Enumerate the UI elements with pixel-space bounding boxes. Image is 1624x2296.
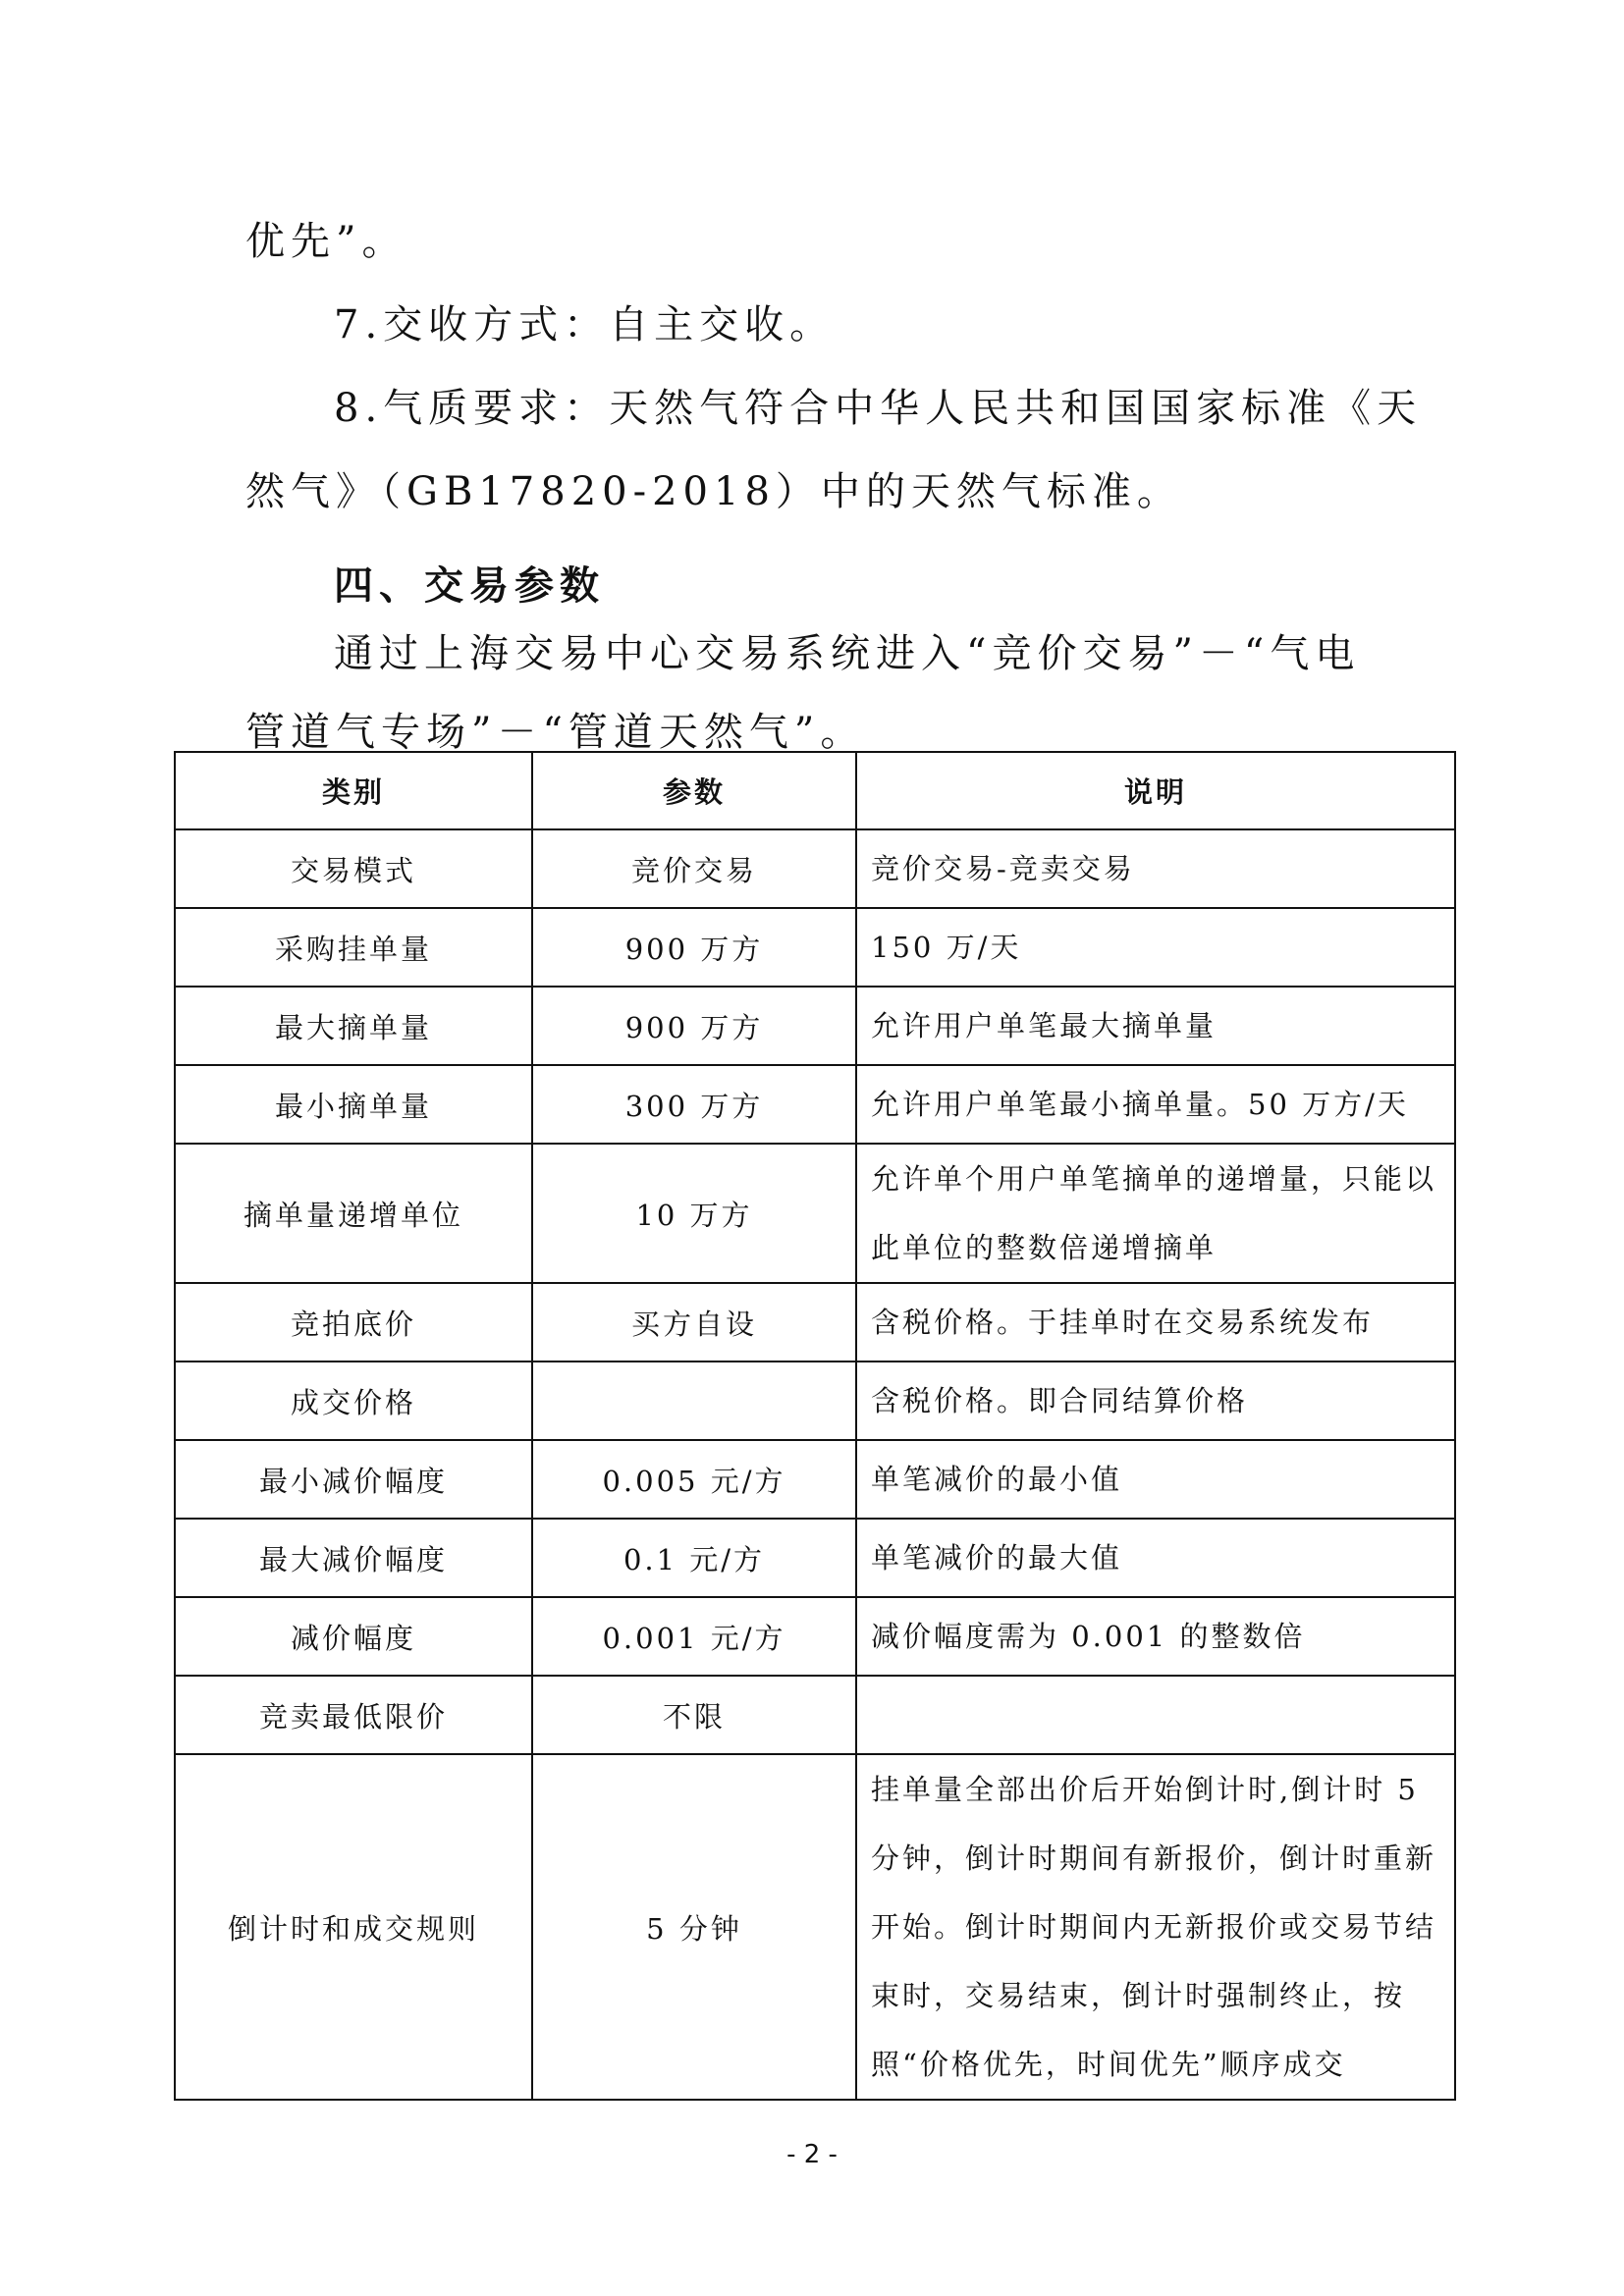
table-row: 竞拍底价 买方自设 含税价格。于挂单时在交易系统发布 <box>175 1283 1455 1362</box>
cell-param: 竞价交易 <box>532 829 856 908</box>
cell-desc: 允许单个用户单笔摘单的递增量，只能以此单位的整数倍递增摘单 <box>856 1144 1455 1283</box>
cell-desc: 竞价交易-竞卖交易 <box>856 829 1455 908</box>
cell-param: 0.1 元/方 <box>532 1519 856 1597</box>
table-row: 最小摘单量 300 万方 允许用户单笔最小摘单量。50 万方/天 <box>175 1065 1455 1144</box>
table-row: 竞卖最低限价 不限 <box>175 1676 1455 1754</box>
parameters-table: 类别 参数 说明 交易模式 竞价交易 竞价交易-竞卖交易 采购挂单量 900 万… <box>174 751 1456 2101</box>
document-page: 优先”。 7.交收方式：自主交收。 8.气质要求：天然气符合中华人民共和国国家标… <box>0 0 1624 2296</box>
cell-category: 最大摘单量 <box>175 987 532 1065</box>
cell-category: 交易模式 <box>175 829 532 908</box>
table-header-row: 类别 参数 说明 <box>175 752 1455 829</box>
cell-category: 减价幅度 <box>175 1597 532 1676</box>
cell-desc: 含税价格。即合同结算价格 <box>856 1362 1455 1440</box>
header-category: 类别 <box>175 752 532 829</box>
cell-param: 300 万方 <box>532 1065 856 1144</box>
cell-desc <box>856 1676 1455 1754</box>
cell-param: 买方自设 <box>532 1283 856 1362</box>
table-row: 最大减价幅度 0.1 元/方 单笔减价的最大值 <box>175 1519 1455 1597</box>
cell-category: 最大减价幅度 <box>175 1519 532 1597</box>
cell-category: 倒计时和成交规则 <box>175 1754 532 2100</box>
cell-category: 采购挂单量 <box>175 908 532 987</box>
cell-category: 成交价格 <box>175 1362 532 1440</box>
cell-desc: 减价幅度需为 0.001 的整数倍 <box>856 1597 1455 1676</box>
paragraph-delivery-method: 7.交收方式：自主交收。 <box>334 280 1542 370</box>
cell-param: 不限 <box>532 1676 856 1754</box>
table-row: 最小减价幅度 0.005 元/方 单笔减价的最小值 <box>175 1440 1455 1519</box>
cell-desc: 单笔减价的最大值 <box>856 1519 1455 1597</box>
cell-param: 0.005 元/方 <box>532 1440 856 1519</box>
cell-desc: 允许用户单笔最小摘单量。50 万方/天 <box>856 1065 1455 1144</box>
cell-desc: 挂单量全部出价后开始倒计时,倒计时 5 分钟，倒计时期间有新报价，倒计时重新开始… <box>856 1754 1455 2100</box>
table-row: 成交价格 含税价格。即合同结算价格 <box>175 1362 1455 1440</box>
paragraph-gas-quality-line2: 然气》（GB17820-2018）中的天然气标准。 <box>245 447 1453 537</box>
page-number: - 2 - <box>0 2140 1624 2169</box>
cell-desc: 单笔减价的最小值 <box>856 1440 1455 1519</box>
section-heading: 四、交易参数 <box>334 555 605 611</box>
table-row: 交易模式 竞价交易 竞价交易-竞卖交易 <box>175 829 1455 908</box>
table-row: 减价幅度 0.001 元/方 减价幅度需为 0.001 的整数倍 <box>175 1597 1455 1676</box>
table-row: 倒计时和成交规则 5 分钟 挂单量全部出价后开始倒计时,倒计时 5 分钟，倒计时… <box>175 1754 1455 2100</box>
table-row: 采购挂单量 900 万方 150 万/天 <box>175 908 1455 987</box>
paragraph-continuation: 优先”。 <box>245 196 1453 287</box>
header-description: 说明 <box>856 752 1455 829</box>
cell-category: 最小摘单量 <box>175 1065 532 1144</box>
cell-param: 0.001 元/方 <box>532 1597 856 1676</box>
cell-category: 竞卖最低限价 <box>175 1676 532 1754</box>
cell-category: 最小减价幅度 <box>175 1440 532 1519</box>
cell-param: 5 分钟 <box>532 1754 856 2100</box>
cell-desc: 含税价格。于挂单时在交易系统发布 <box>856 1283 1455 1362</box>
cell-desc: 150 万/天 <box>856 908 1455 987</box>
cell-param: 10 万方 <box>532 1144 856 1283</box>
intro-line1: 通过上海交易中心交易系统进入“竞价交易”－“气电 <box>334 609 1542 699</box>
cell-param: 900 万方 <box>532 987 856 1065</box>
cell-param <box>532 1362 856 1440</box>
cell-category: 摘单量递增单位 <box>175 1144 532 1283</box>
cell-desc: 允许用户单笔最大摘单量 <box>856 987 1455 1065</box>
cell-category: 竞拍底价 <box>175 1283 532 1362</box>
table-row: 最大摘单量 900 万方 允许用户单笔最大摘单量 <box>175 987 1455 1065</box>
cell-param: 900 万方 <box>532 908 856 987</box>
header-parameter: 参数 <box>532 752 856 829</box>
table-row: 摘单量递增单位 10 万方 允许单个用户单笔摘单的递增量，只能以此单位的整数倍递… <box>175 1144 1455 1283</box>
paragraph-gas-quality-line1: 8.气质要求：天然气符合中华人民共和国国家标准《天 <box>334 363 1542 454</box>
